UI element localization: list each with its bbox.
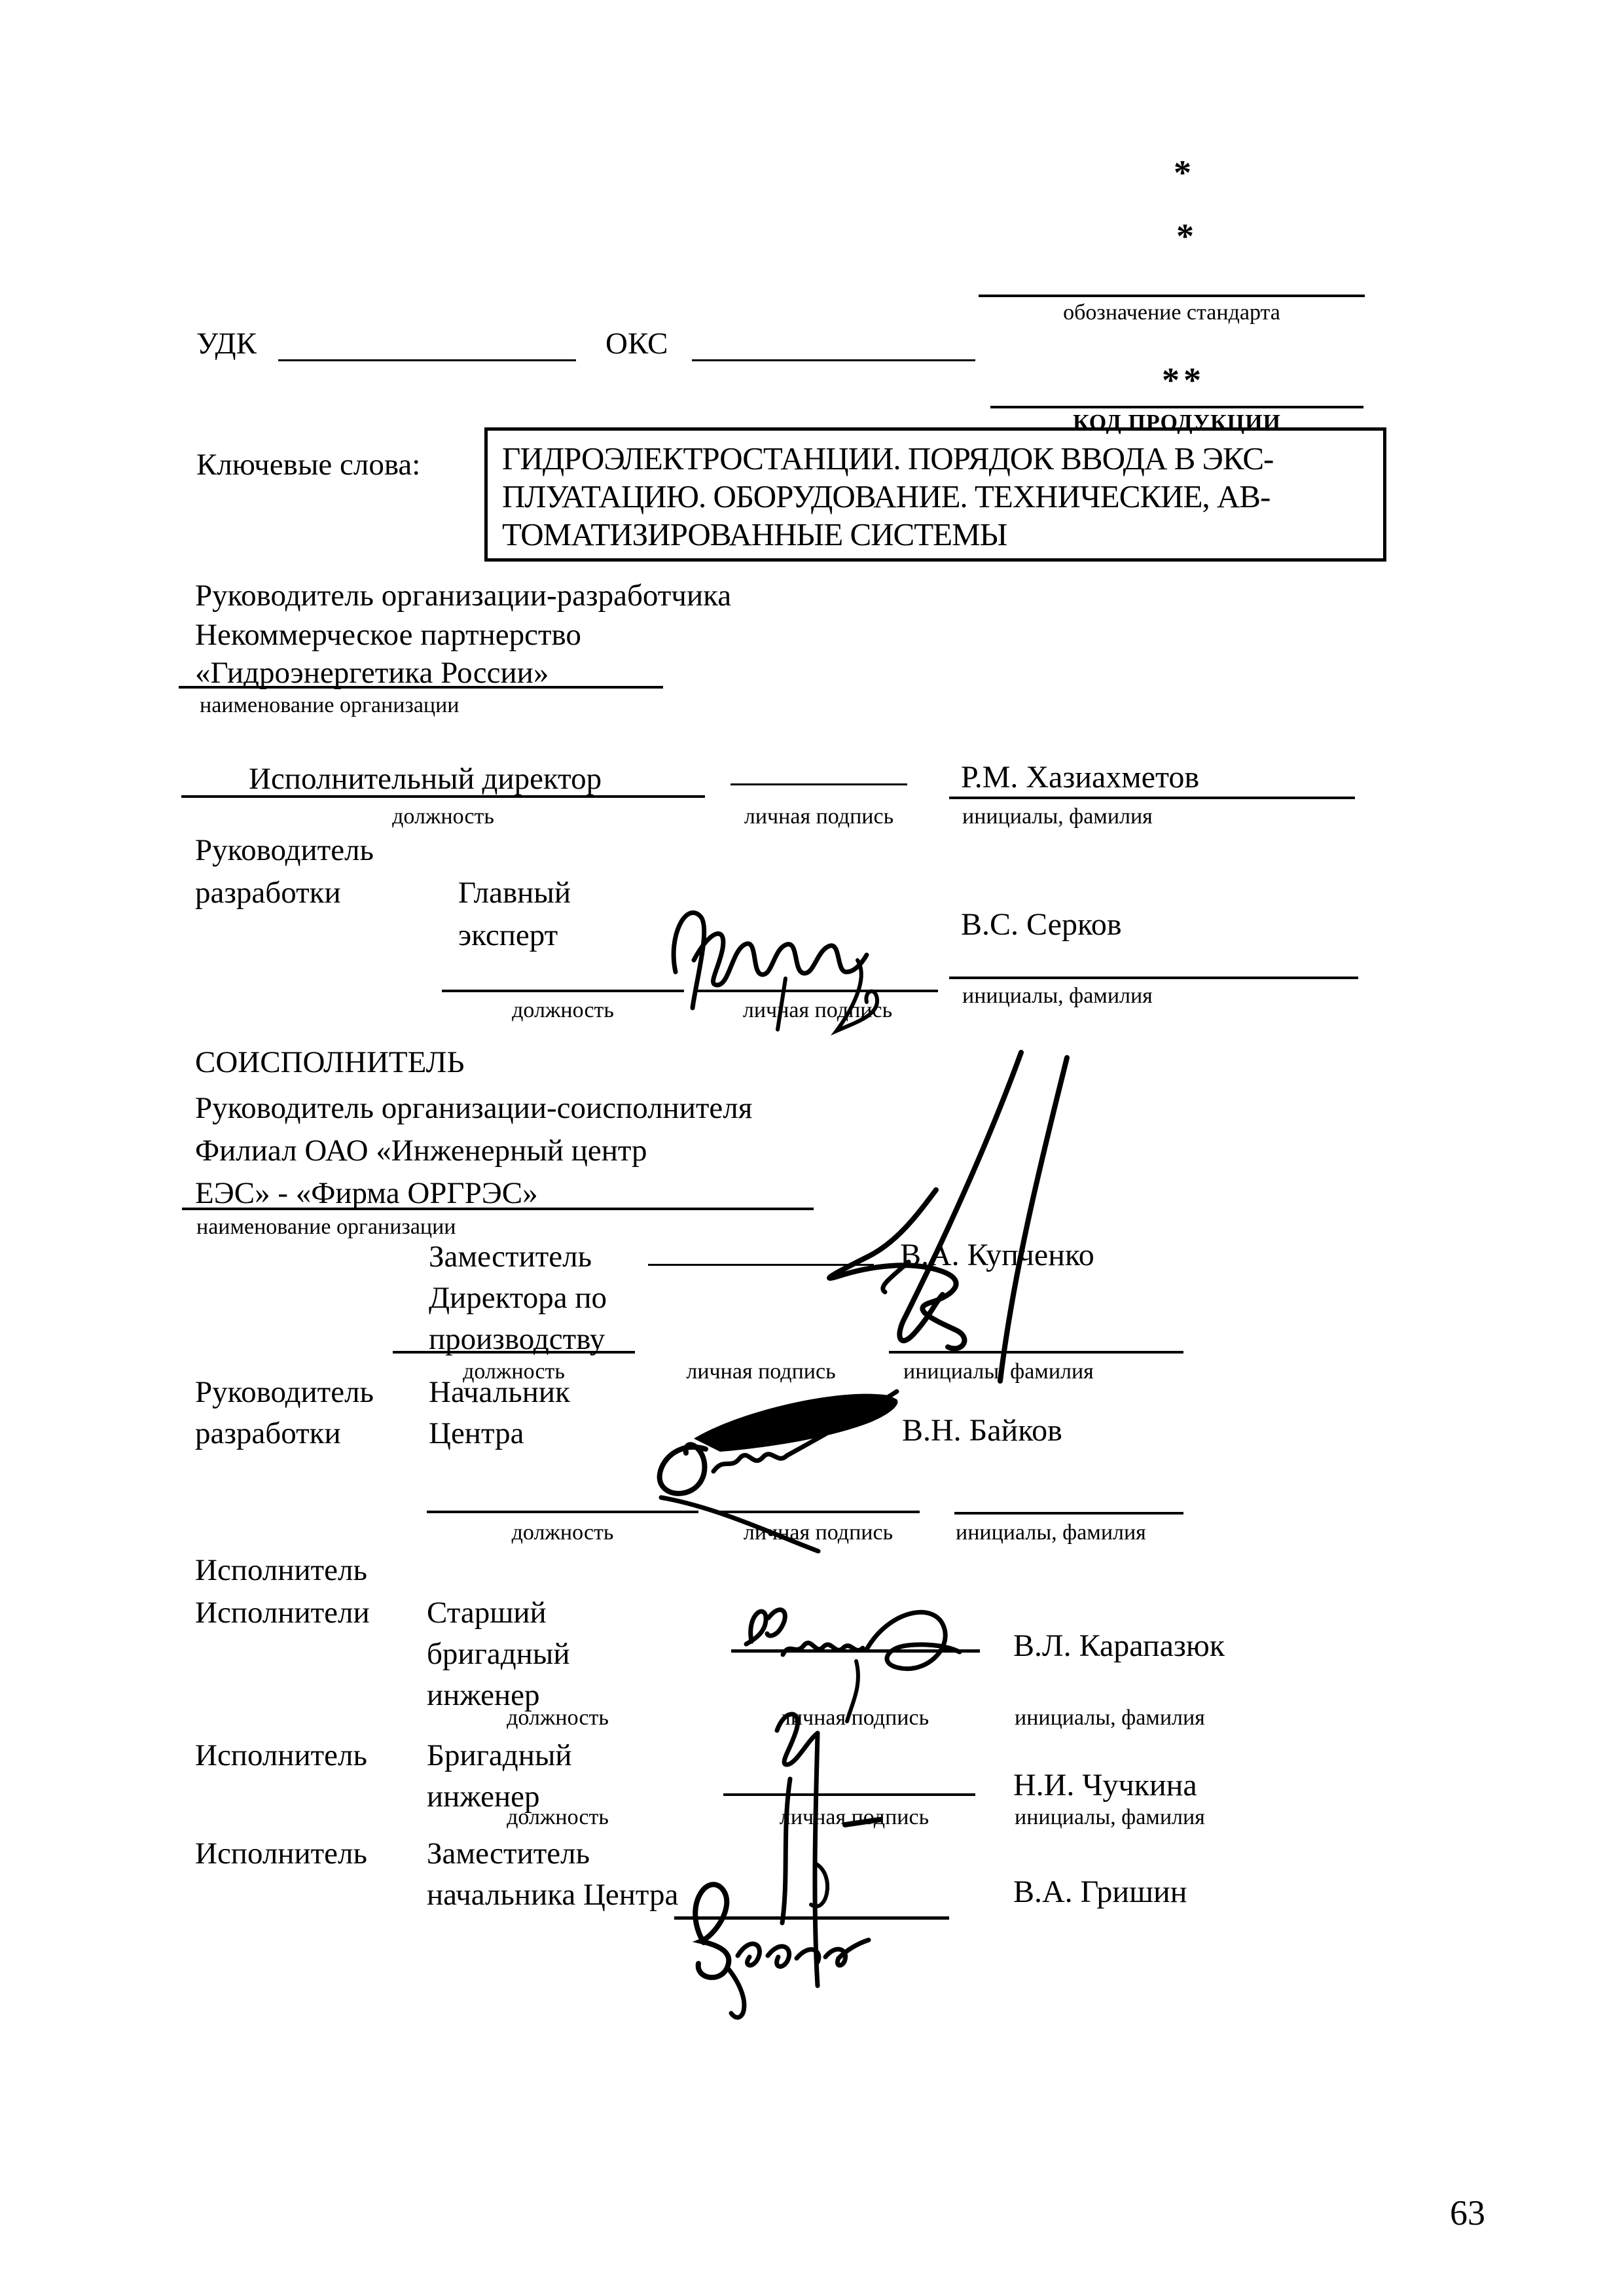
coexec-lead-role-line-2: разработки: [195, 1416, 341, 1451]
coexecutor-heading: СОИСПОЛНИТЕЛЬ: [195, 1045, 465, 1080]
coexec-lead-position-rule: [427, 1511, 698, 1513]
executor-single-label: Исполнитель: [195, 1552, 367, 1588]
executor2-label: Исполнитель: [195, 1738, 367, 1773]
dev-lead-role-line-2: разработки: [195, 875, 341, 910]
product-code-rule: [990, 406, 1363, 408]
signature-grishin-image: [658, 1859, 946, 2029]
position-caption: должность: [427, 1520, 698, 1545]
executor3-position-line-2: начальника Центра: [427, 1877, 678, 1912]
deputy-position-rule: [393, 1351, 635, 1354]
deputy-position-line-2: Директора по: [429, 1280, 607, 1316]
name-caption: инициалы, фамилия: [1015, 1804, 1205, 1830]
scanned-document-page: * * обозначение стандарта УДК ОКС ** КОД…: [0, 0, 1624, 2296]
position-caption: должность: [442, 997, 684, 1023]
executor3-name: В.А. Гришин: [1013, 1874, 1187, 1910]
coexecutor-org-line-2: ЕЭС» - «Фирма ОРГРЭС»: [195, 1175, 538, 1211]
dev-lead-name: В.С. Серков: [961, 906, 1121, 942]
dev-lead-position-line-1: Главный: [458, 875, 571, 910]
developer-org-caption: наименование организации: [200, 692, 460, 718]
name-caption: инициалы, фамилия: [903, 1359, 1094, 1384]
executor3-position-line-1: Заместитель: [427, 1836, 590, 1871]
udk-blank-line: [278, 359, 576, 361]
dev-lead-position-line-2: эксперт: [458, 918, 558, 953]
executor1-signature-line: [731, 1649, 980, 1653]
developer-org-line-2: «Гидроэнергетика России»: [195, 655, 549, 691]
director-name: Р.М. Хазиахметов: [961, 759, 1199, 795]
executor3-label: Исполнитель: [195, 1836, 367, 1871]
oks-label: ОКС: [605, 326, 668, 361]
position-caption: должность: [181, 804, 705, 829]
dev-lead-signature-rule: [697, 990, 938, 992]
executor3-signature-line: [674, 1916, 949, 1920]
position-caption: должность: [486, 1804, 630, 1830]
director-name-rule: [949, 797, 1355, 799]
keywords-line-1: ГИДРОЭЛЕКТРОСТАНЦИИ. ПОРЯДОК ВВОДА В ЭКС…: [502, 440, 1369, 478]
deputy-name-rule: [889, 1351, 1183, 1354]
deputy-signature-line: [648, 1264, 874, 1266]
name-caption: инициалы, фамилия: [962, 804, 1153, 829]
footnote-double-asterisk: **: [1162, 360, 1205, 401]
executor1-position-line-2: бригадный: [427, 1636, 570, 1672]
footnote-asterisk-1: *: [1174, 152, 1191, 193]
developer-org-line-1: Некоммерческое партнерство: [195, 617, 581, 653]
deputy-position-line-1: Заместитель: [429, 1239, 592, 1274]
director-position-rule: [181, 795, 705, 798]
coexec-lead-name: В.Н. Байков: [902, 1412, 1062, 1448]
udk-label: УДК: [196, 326, 257, 361]
signature-caption: личная подпись: [753, 1804, 956, 1830]
signature-caption: личная подпись: [648, 1359, 874, 1384]
footnote-asterisk-2: *: [1176, 216, 1194, 257]
executor2-name: Н.И. Чучкина: [1013, 1767, 1197, 1803]
keywords-line-2: ПЛУАТАЦИЮ. ОБОРУДОВАНИЕ. ТЕХНИЧЕСКИЕ, АВ…: [502, 478, 1369, 516]
coexecutor-org-rule: [182, 1208, 814, 1210]
coexecutor-org-caption: наименование организации: [196, 1214, 456, 1240]
coexecutor-subheading: Руководитель организации-соисполнителя: [195, 1090, 752, 1126]
director-position: Исполнительный директор: [249, 761, 602, 797]
keywords-label: Ключевые слова:: [196, 447, 420, 482]
oks-blank-line: [692, 359, 975, 361]
developer-heading: Руководитель организации-разработчика: [195, 578, 731, 613]
signature-caption: личная подпись: [717, 1520, 920, 1545]
executor2-position-line-1: Бригадный: [427, 1738, 572, 1773]
deputy-name: В.А. Купченко: [900, 1237, 1094, 1273]
page-number: 63: [1450, 2193, 1485, 2233]
dev-lead-name-rule: [949, 977, 1358, 979]
signature-baikov-image: [622, 1386, 910, 1530]
standard-designation-caption: обозначение стандарта: [979, 300, 1365, 325]
coexec-lead-position-line-1: Начальник: [429, 1374, 570, 1410]
standard-designation-rule: [979, 295, 1365, 297]
director-signature-line: [731, 783, 907, 785]
coexec-lead-name-rule: [954, 1512, 1183, 1515]
coexecutor-org-line-1: Филиал ОАО «Инженерный центр: [195, 1133, 647, 1168]
coexec-lead-signature-rule: [717, 1511, 920, 1513]
executors-label: Исполнители: [195, 1595, 370, 1630]
position-caption: должность: [486, 1705, 630, 1731]
keywords-box: ГИДРОЭЛЕКТРОСТАНЦИИ. ПОРЯДОК ВВОДА В ЭКС…: [484, 427, 1386, 562]
signature-caption: личная подпись: [711, 804, 927, 829]
coexec-lead-position-line-2: Центра: [429, 1416, 524, 1451]
name-caption: инициалы, фамилия: [956, 1520, 1146, 1545]
executor1-name: В.Л. Карапазюк: [1013, 1628, 1225, 1664]
dev-lead-role-line-1: Руководитель: [195, 833, 374, 868]
name-caption: инициалы, фамилия: [1015, 1705, 1205, 1731]
name-caption: инициалы, фамилия: [962, 983, 1153, 1009]
keywords-line-3: ТОМАТИЗИРОВАННЫЕ СИСТЕМЫ: [502, 516, 1369, 554]
developer-org-rule: [179, 686, 663, 689]
executor2-signature-line: [723, 1793, 975, 1796]
coexec-lead-role-line-1: Руководитель: [195, 1374, 374, 1410]
executor1-position-line-1: Старший: [427, 1595, 547, 1630]
signature-kupchenko-image: [740, 1046, 1132, 1386]
dev-lead-position-rule: [442, 990, 684, 992]
signature-caption: личная подпись: [697, 997, 938, 1023]
